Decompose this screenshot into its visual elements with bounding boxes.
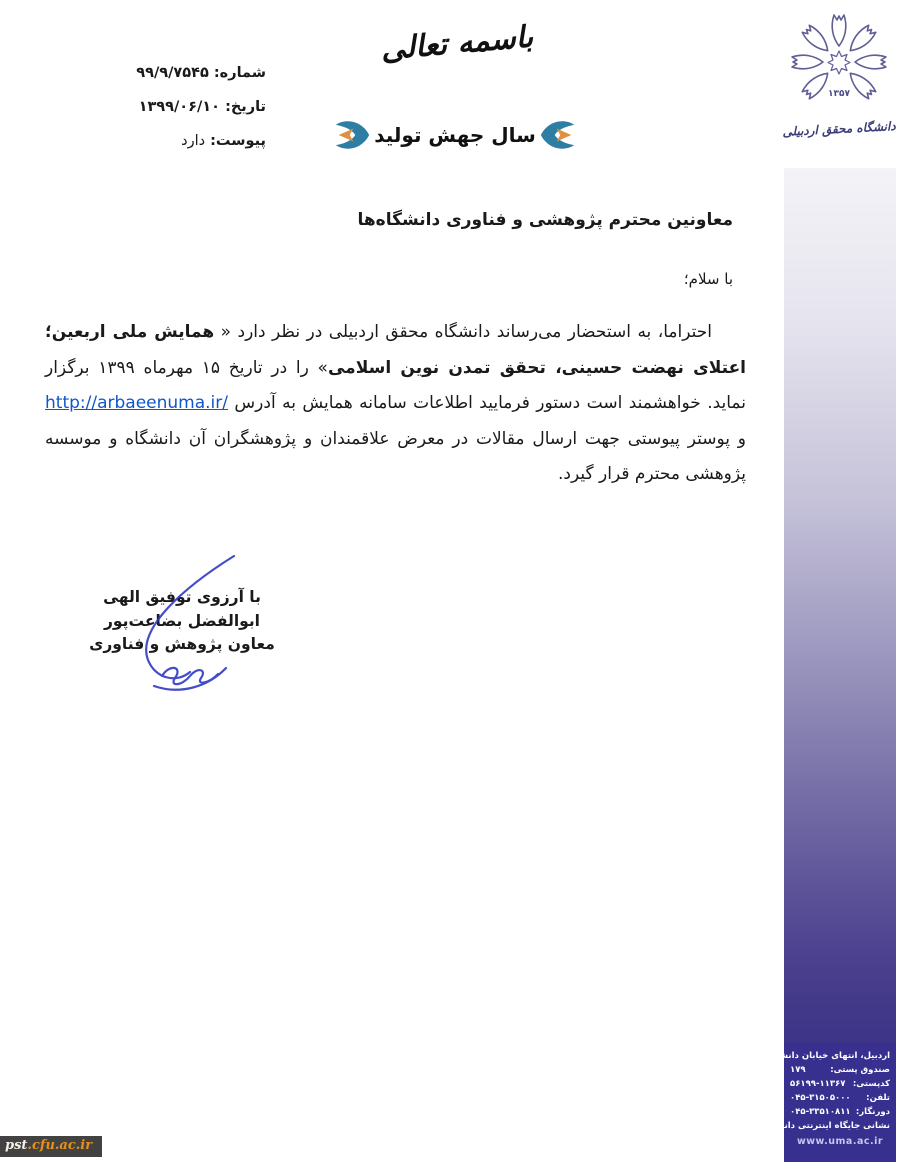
- contact-phone-row: تلفن: ۰۴۵-۳۱۵۰۵۰۰۰: [790, 1091, 890, 1105]
- letter-attachment-value: دارد: [181, 133, 205, 149]
- website-label: نشانی جایگاه اینترنتی دانشگاه: [790, 1119, 890, 1133]
- letter-number-line: شماره: ۹۹/۹/۷۵۴۵: [58, 56, 266, 90]
- letter-meta-block: شماره: ۹۹/۹/۷۵۴۵ تاریخ: ۱۳۹۹/۰۶/۱۰ پیوست…: [58, 56, 266, 158]
- letter-date-label: تاریخ:: [225, 99, 266, 115]
- contact-postalcode-row: کدپستی: ۵۶۱۹۹-۱۱۳۶۷: [790, 1077, 890, 1091]
- phone-label: تلفن:: [866, 1091, 890, 1105]
- watermark-prefix: pst: [5, 1138, 27, 1153]
- pobox-label: صندوق پستی:: [830, 1063, 890, 1077]
- contact-pobox-row: صندوق پستی: ۱۷۹: [790, 1063, 890, 1077]
- body-paragraph: احتراما، به استحضار می‌رساند دانشگاه محق…: [45, 315, 746, 493]
- year-slogan-banner: سال جهش تولید: [330, 118, 580, 152]
- side-gradient-strip: [784, 168, 896, 1043]
- letter-number-label: شماره:: [214, 65, 266, 81]
- year-slogan-text: سال جهش تولید: [371, 123, 539, 147]
- logo-year-text: ۱۳۵۷: [828, 89, 850, 99]
- phone-value: ۰۴۵-۳۱۵۰۵۰۰۰: [790, 1091, 851, 1105]
- signatory-name: ابوالفضل بضاعت‌پور: [76, 610, 288, 634]
- addressee-line: معاونین محترم پژوهشی و فناوری دانشگاه‌ها: [357, 210, 733, 230]
- banner-ornament-right-icon: [539, 118, 576, 152]
- letter-date-value: ۱۳۹۹/۰۶/۱۰: [139, 99, 220, 115]
- postalcode-label: کدپستی:: [853, 1077, 890, 1091]
- letter-attachment-label: پیوست:: [210, 133, 266, 149]
- fax-label: دورنگار:: [856, 1105, 890, 1119]
- conference-url-link[interactable]: http://arbaeenuma.ir/: [45, 393, 228, 413]
- contact-footer: اردبیل، انتهای خیابان دانشگاه صندوق پستی…: [784, 1043, 896, 1162]
- salutation-line: با سلام؛: [684, 270, 733, 288]
- paragraph-text: احتراما، به استحضار می‌رساند دانشگاه محق…: [214, 322, 712, 342]
- contact-address: اردبیل، انتهای خیابان دانشگاه: [790, 1049, 890, 1063]
- signature-block: با آرزوی توفیق الهی ابوالفضل بضاعت‌پور م…: [76, 586, 288, 657]
- website-url[interactable]: www.uma.ac.ir: [790, 1136, 890, 1147]
- university-logo: ۱۳۵۷ دانشگاه محقق اردبیلی: [780, 10, 898, 168]
- paragraph-text: و پوستر پیوستی جهت ارسال مقالات در معرض …: [45, 429, 746, 485]
- signature-closing-line: با آرزوی توفیق الهی: [76, 586, 288, 610]
- letter-date-line: تاریخ: ۱۳۹۹/۰۶/۱۰: [58, 90, 266, 124]
- fax-value: ۰۴۵-۳۳۵۱۰۸۱۱: [790, 1105, 851, 1119]
- postalcode-value: ۵۶۱۹۹-۱۱۳۶۷: [790, 1077, 845, 1091]
- contact-fax-row: دورنگار: ۰۴۵-۳۳۵۱۰۸۱۱: [790, 1105, 890, 1119]
- university-emblem-icon: ۱۳۵۷: [789, 10, 889, 126]
- watermark-badge: pst.cfu.ac.ir: [0, 1136, 102, 1157]
- letter-number-value: ۹۹/۹/۷۵۴۵: [136, 65, 209, 81]
- bismillah-calligraphy: باسمه تعالی: [351, 17, 563, 70]
- watermark-suffix: .cfu.ac.ir: [27, 1138, 92, 1153]
- banner-ornament-left-icon: [334, 118, 371, 152]
- signatory-title: معاون پژوهش و فناوری: [76, 633, 288, 657]
- pobox-value: ۱۷۹: [790, 1063, 806, 1077]
- letter-attachment-line: پیوست: دارد: [58, 124, 266, 158]
